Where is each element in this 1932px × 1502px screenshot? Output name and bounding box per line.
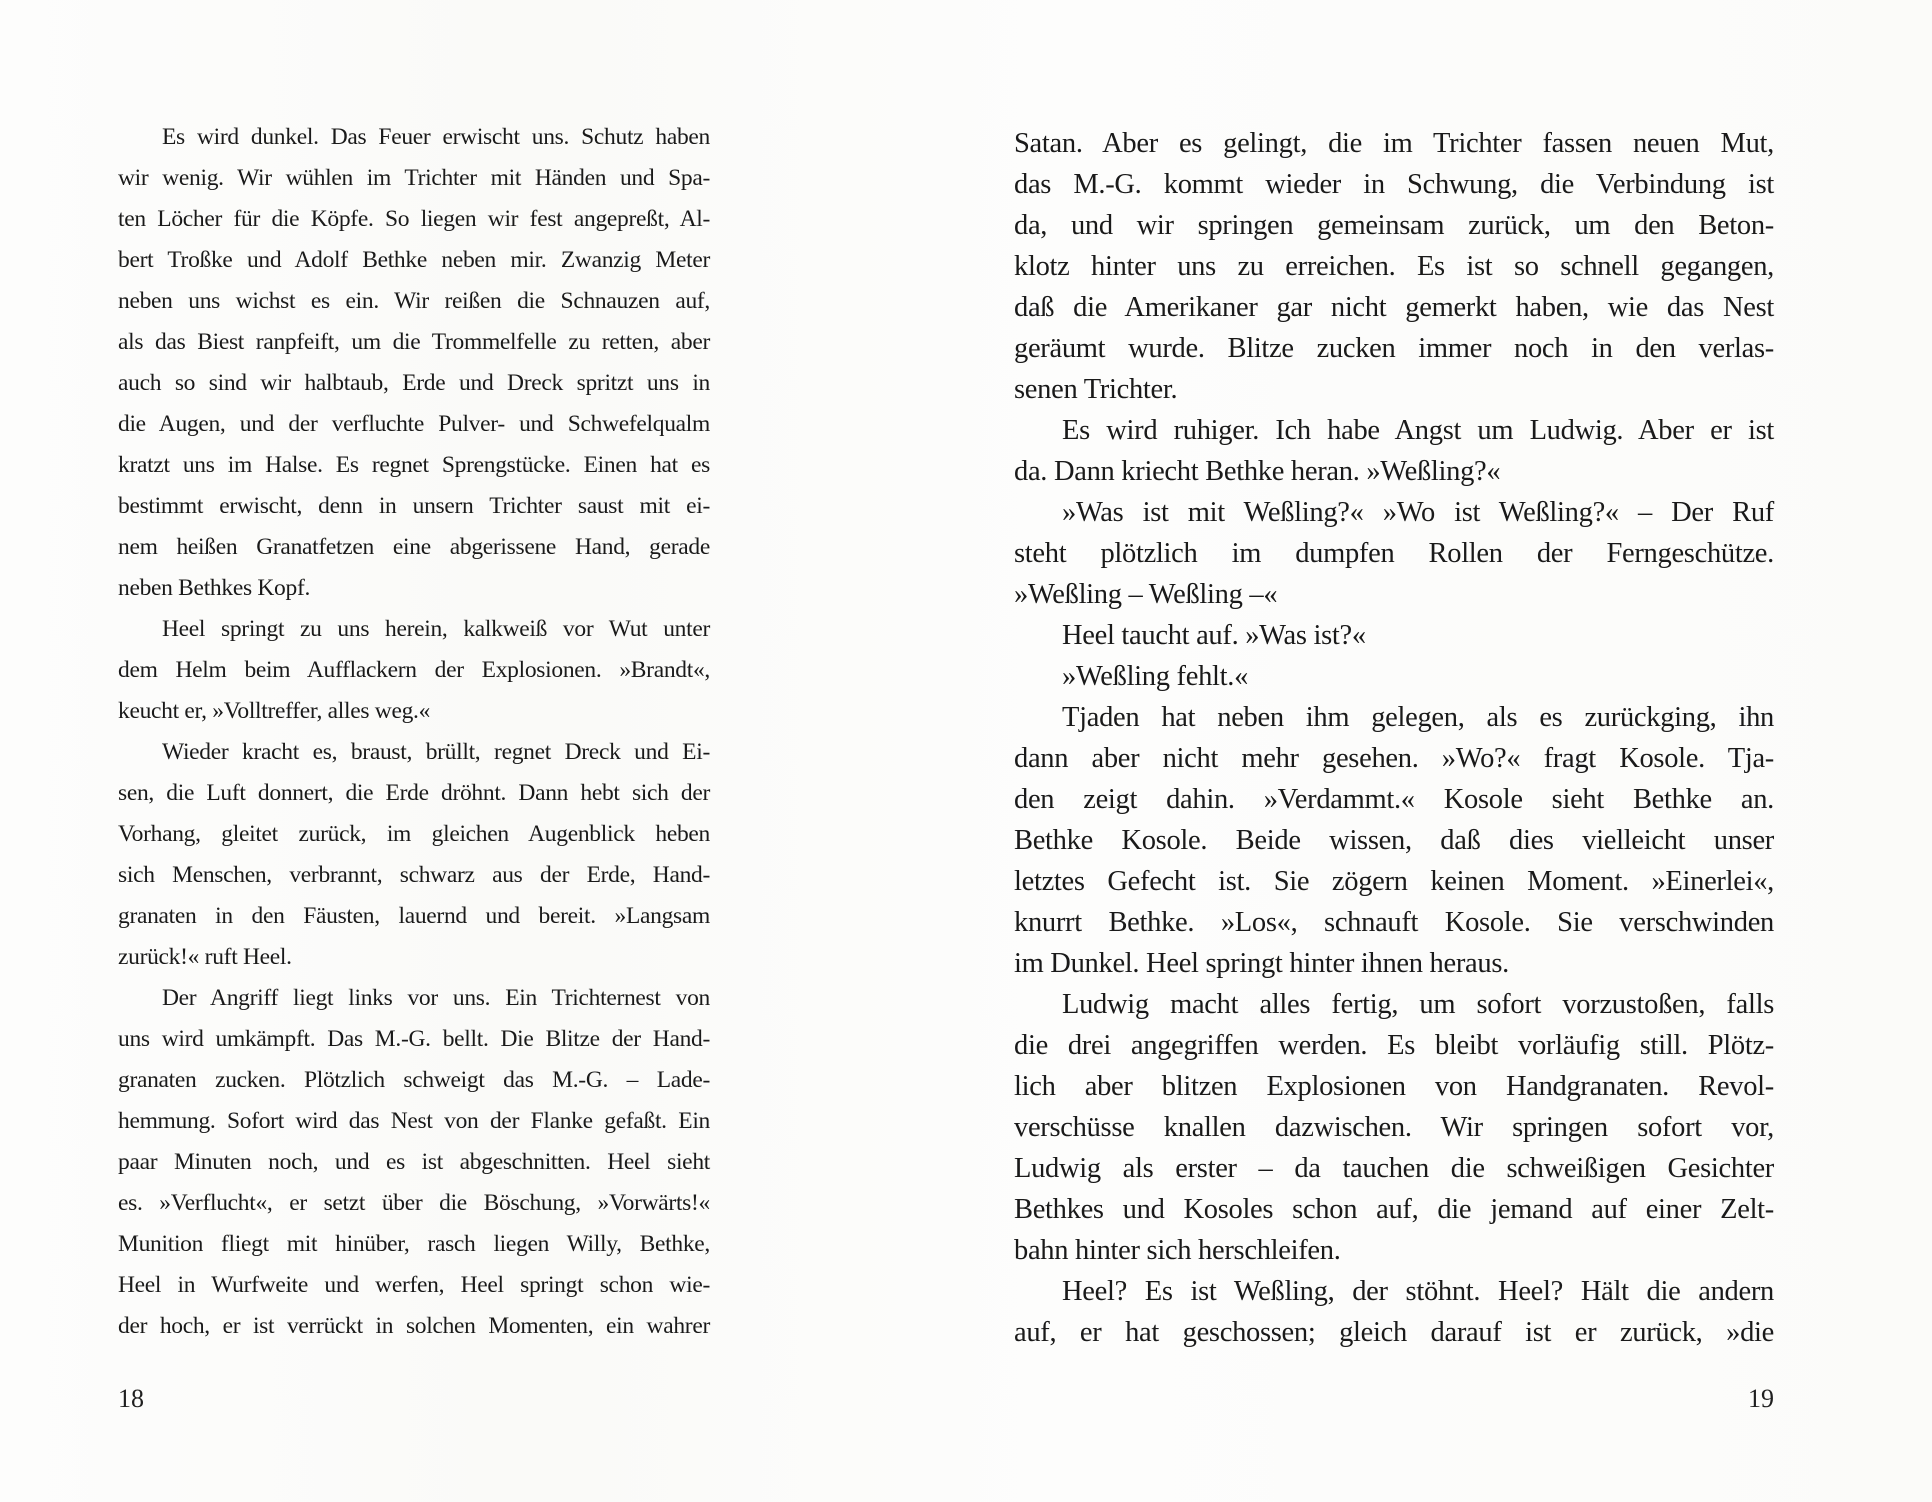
text-line: es. »Verflucht«, er setzt über die Bösch…: [118, 1183, 710, 1224]
text-line: daß die Amerikaner gar nicht gemerkt hab…: [1014, 287, 1774, 328]
text-line: Ludwig macht alles fertig, um sofort vor…: [1014, 984, 1774, 1025]
text-line: den zeigt dahin. »Verdammt.« Kosole sieh…: [1014, 779, 1774, 820]
text-line: wir wenig. Wir wühlen im Trichter mit Hä…: [118, 158, 710, 199]
text-line: da. Dann kriecht Bethke heran. »Weßling?…: [1014, 451, 1774, 492]
text-line: sen, die Luft donnert, die Erde dröhnt. …: [118, 773, 710, 814]
text-line: »Weßling fehlt.«: [1014, 656, 1774, 697]
text-line: granaten zucken. Plötzlich schweigt das …: [118, 1060, 710, 1101]
page-left-text-column: Es wird dunkel. Das Feuer erwischt uns. …: [118, 117, 710, 1347]
text-line: Heel? Es ist Weßling, der stöhnt. Heel? …: [1014, 1271, 1774, 1312]
text-line: dem Helm beim Aufflackern der Explosione…: [118, 650, 710, 691]
text-line: das M.-G. kommt wieder in Schwung, die V…: [1014, 164, 1774, 205]
text-line: dann aber nicht mehr gesehen. »Wo?« frag…: [1014, 738, 1774, 779]
text-line: bert Troßke und Adolf Bethke neben mir. …: [118, 240, 710, 281]
text-line: da, und wir springen gemeinsam zurück, u…: [1014, 205, 1774, 246]
text-line: geräumt wurde. Blitze zucken immer noch …: [1014, 328, 1774, 369]
text-line: bestimmt erwischt, denn in unsern Tricht…: [118, 486, 710, 527]
text-line: kratzt uns im Halse. Es regnet Sprengstü…: [118, 445, 710, 486]
text-line: Vorhang, gleitet zurück, im gleichen Aug…: [118, 814, 710, 855]
text-line: Munition fliegt mit hinüber, rasch liege…: [118, 1224, 710, 1265]
text-line: lich aber blitzen Explosionen von Handgr…: [1014, 1066, 1774, 1107]
text-line: Es wird dunkel. Das Feuer erwischt uns. …: [118, 117, 710, 158]
text-line: Ludwig als erster – da tauchen die schwe…: [1014, 1148, 1774, 1189]
text-line: Tjaden hat neben ihm gelegen, als es zur…: [1014, 697, 1774, 738]
text-line: steht plötzlich im dumpfen Rollen der Fe…: [1014, 533, 1774, 574]
text-line: Bethke Kosole. Beide wissen, daß dies vi…: [1014, 820, 1774, 861]
text-line: Heel taucht auf. »Was ist?«: [1014, 615, 1774, 656]
text-line: im Dunkel. Heel springt hinter ihnen her…: [1014, 943, 1774, 984]
text-line: uns wird umkämpft. Das M.-G. bellt. Die …: [118, 1019, 710, 1060]
text-line: die drei angegriffen werden. Es bleibt v…: [1014, 1025, 1774, 1066]
text-line: Bethkes und Kosoles schon auf, die jeman…: [1014, 1189, 1774, 1230]
text-line: ten Löcher für die Köpfe. So liegen wir …: [118, 199, 710, 240]
text-line: bahn hinter sich herschleifen.: [1014, 1230, 1774, 1271]
text-line: auch so sind wir halbtaub, Erde und Drec…: [118, 363, 710, 404]
text-line: verschüsse knallen dazwischen. Wir sprin…: [1014, 1107, 1774, 1148]
text-line: Heel in Wurfweite und werfen, Heel sprin…: [118, 1265, 710, 1306]
text-line: senen Trichter.: [1014, 369, 1774, 410]
book-spread: Es wird dunkel. Das Feuer erwischt uns. …: [0, 0, 1932, 1502]
text-line: granaten in den Fäusten, lauernd und ber…: [118, 896, 710, 937]
text-line: Es wird ruhiger. Ich habe Angst um Ludwi…: [1014, 410, 1774, 451]
text-line: »Was ist mit Weßling?« »Wo ist Weßling?«…: [1014, 492, 1774, 533]
page-number-right: 19: [1014, 1384, 1774, 1414]
text-line: neben uns wichst es ein. Wir reißen die …: [118, 281, 710, 322]
text-line: knurrt Bethke. »Los«, schnauft Kosole. S…: [1014, 902, 1774, 943]
text-line: Heel springt zu uns herein, kalkweiß vor…: [118, 609, 710, 650]
text-line: keucht er, »Volltreffer, alles weg.«: [118, 691, 710, 732]
text-line: letztes Gefecht ist. Sie zögern keinen M…: [1014, 861, 1774, 902]
text-line: »Weßling – Weßling –«: [1014, 574, 1774, 615]
text-line: die Augen, und der verfluchte Pulver- un…: [118, 404, 710, 445]
text-line: Der Angriff liegt links vor uns. Ein Tri…: [118, 978, 710, 1019]
text-line: nem heißen Granatfetzen eine abgerissene…: [118, 527, 710, 568]
text-line: klotz hinter uns zu erreichen. Es ist so…: [1014, 246, 1774, 287]
text-line: der hoch, er ist verrückt in solchen Mom…: [118, 1306, 710, 1347]
page-right: Satan. Aber es gelingt, die im Trichter …: [966, 0, 1932, 1502]
text-line: zurück!« ruft Heel.: [118, 937, 710, 978]
text-line: sich Menschen, verbrannt, schwarz aus de…: [118, 855, 710, 896]
text-line: auf, er hat geschossen; gleich darauf is…: [1014, 1312, 1774, 1353]
text-line: Wieder kracht es, braust, brüllt, regnet…: [118, 732, 710, 773]
page-number-left: 18: [118, 1384, 144, 1414]
text-line: neben Bethkes Kopf.: [118, 568, 710, 609]
text-line: hemmung. Sofort wird das Nest von der Fl…: [118, 1101, 710, 1142]
text-line: paar Minuten noch, und es ist abgeschnit…: [118, 1142, 710, 1183]
text-line: Satan. Aber es gelingt, die im Trichter …: [1014, 123, 1774, 164]
text-line: als das Biest ranpfeift, um die Trommelf…: [118, 322, 710, 363]
page-left: Es wird dunkel. Das Feuer erwischt uns. …: [0, 0, 966, 1502]
page-right-text-column: Satan. Aber es gelingt, die im Trichter …: [1014, 123, 1774, 1353]
